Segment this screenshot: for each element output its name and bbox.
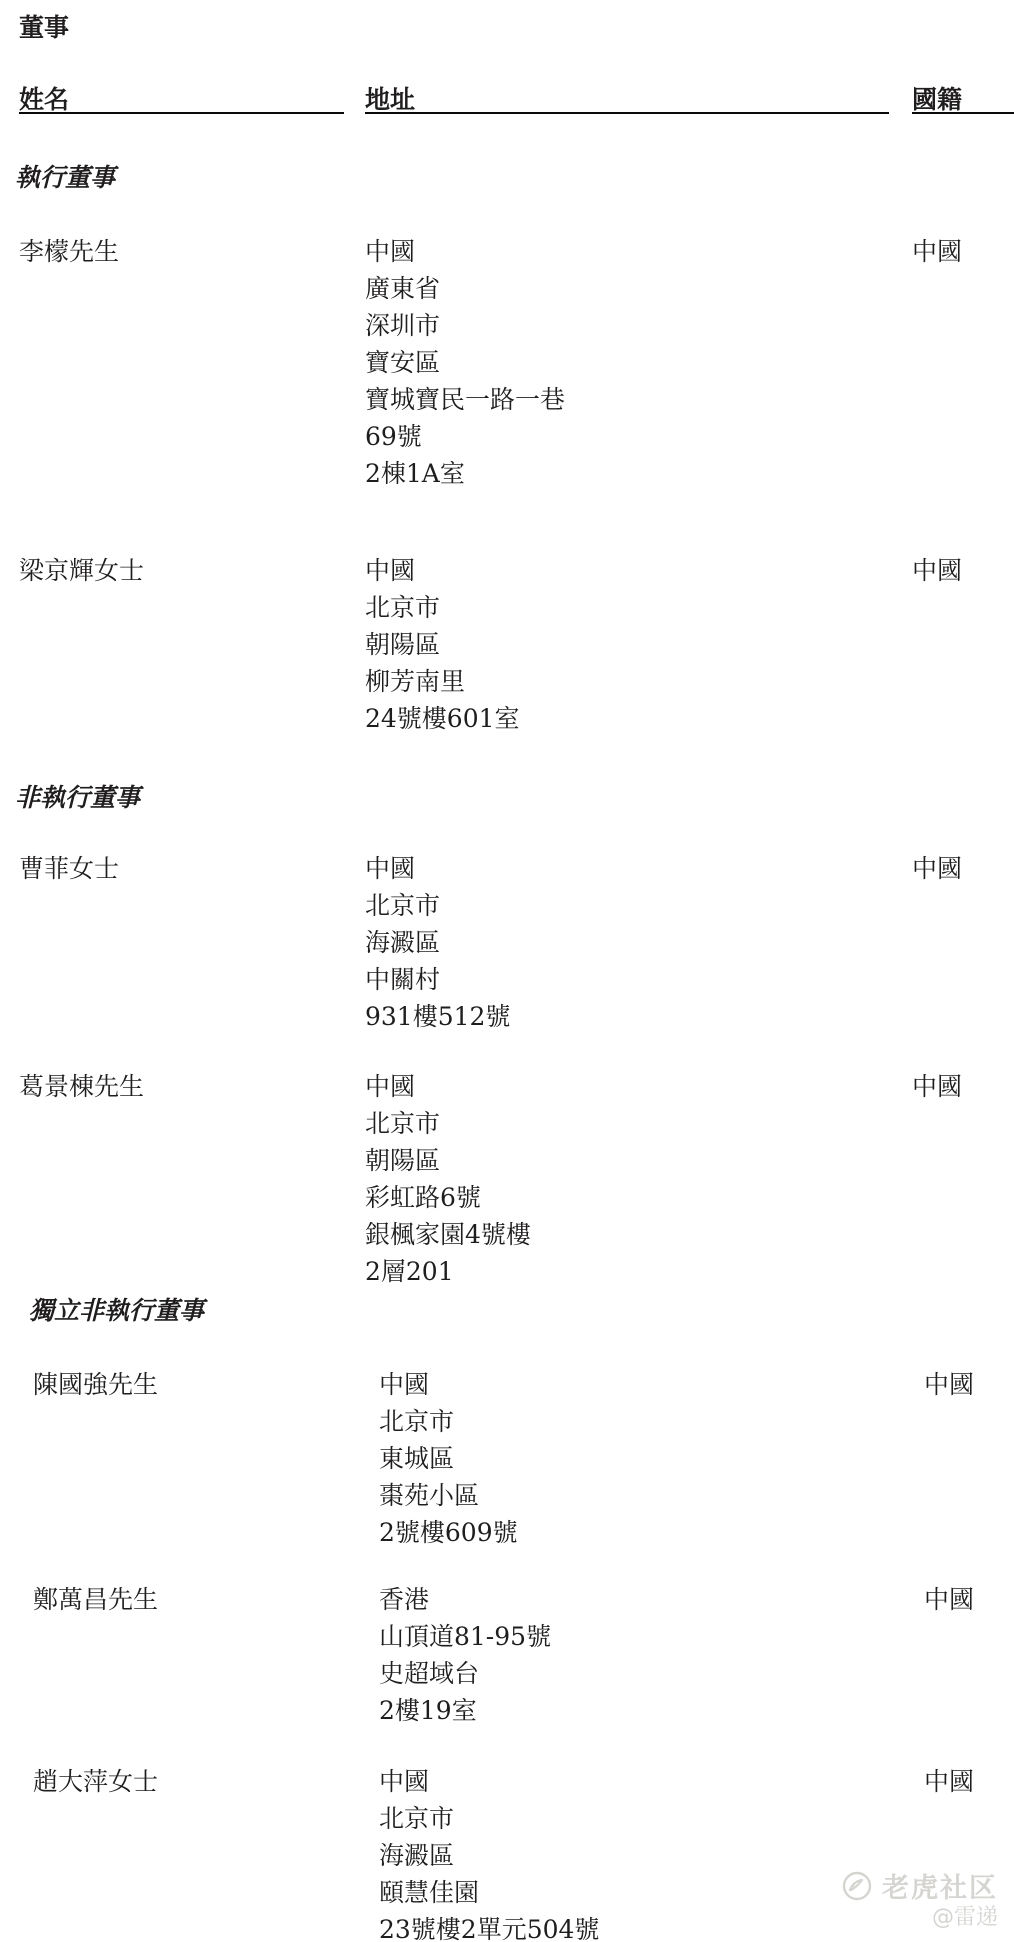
directors-document-page: 董事 姓名 地址 國籍 執行董事 李檬先生 中國 廣東省 深圳市 寶安區 寶城寶… xyxy=(0,0,1014,1942)
director-address: 中國 北京市 東城區 棗苑小區 2號樓609號 xyxy=(379,1366,909,1551)
address-line: 中國 xyxy=(379,1366,909,1403)
director-nationality: 中國 xyxy=(924,1763,1014,1800)
director-address: 中國 北京市 朝陽區 柳芳南里 24號樓601室 xyxy=(365,552,895,737)
director-name: 曹菲女士 xyxy=(19,850,349,887)
director-address: 香港 山頂道81-95號 史超域台 2樓19室 xyxy=(379,1581,909,1729)
director-name: 陳國強先生 xyxy=(33,1366,363,1403)
address-line: 2棟1A室 xyxy=(365,455,895,492)
address-line: 中國 xyxy=(365,850,895,887)
director-nationality: 中國 xyxy=(912,552,1012,589)
column-header-name: 姓名 xyxy=(19,80,344,114)
address-line: 931樓512號 xyxy=(365,998,895,1035)
address-line: 24號樓601室 xyxy=(365,700,895,737)
column-header-address: 地址 xyxy=(365,80,889,114)
address-line: 香港 xyxy=(379,1581,909,1618)
address-line: 廣東省 xyxy=(365,270,895,307)
director-nationality: 中國 xyxy=(924,1366,1014,1403)
watermark-author-label: @雷递 xyxy=(932,1900,998,1931)
address-line: 中關村 xyxy=(365,961,895,998)
address-line: 2樓19室 xyxy=(379,1692,909,1729)
address-line: 東城區 xyxy=(379,1440,909,1477)
director-address: 中國 北京市 海澱區 中關村 931樓512號 xyxy=(365,850,895,1035)
address-line: 北京市 xyxy=(379,1800,909,1837)
section-heading-executive-directors: 執行董事 xyxy=(15,158,115,194)
address-line: 中國 xyxy=(365,552,895,589)
address-line: 海澱區 xyxy=(365,924,895,961)
director-name: 鄭萬昌先生 xyxy=(33,1581,363,1618)
director-nationality: 中國 xyxy=(912,850,1012,887)
column-header-nationality: 國籍 xyxy=(912,80,1014,114)
page-title: 董事 xyxy=(19,8,69,44)
section-heading-non-executive-directors: 非執行董事 xyxy=(15,778,140,814)
director-nationality: 中國 xyxy=(912,1068,1012,1105)
director-address: 中國 廣東省 深圳市 寶安區 寶城寶民一路一巷 69號 2棟1A室 xyxy=(365,233,895,492)
address-line: 柳芳南里 xyxy=(365,663,895,700)
address-line: 中國 xyxy=(365,233,895,270)
address-line: 朝陽區 xyxy=(365,626,895,663)
director-address: 中國 北京市 朝陽區 彩虹路6號 銀楓家園4號樓 2層201 xyxy=(365,1068,895,1290)
address-line: 棗苑小區 xyxy=(379,1477,909,1514)
tiger-logo-icon xyxy=(842,1871,872,1901)
address-line: 深圳市 xyxy=(365,307,895,344)
director-name: 李檬先生 xyxy=(19,233,349,270)
address-line: 中國 xyxy=(379,1763,909,1800)
address-line: 彩虹路6號 xyxy=(365,1179,895,1216)
address-line: 北京市 xyxy=(379,1403,909,1440)
address-line: 寶城寶民一路一巷 xyxy=(365,381,895,418)
address-line: 史超域台 xyxy=(379,1655,909,1692)
address-line: 山頂道81-95號 xyxy=(379,1618,909,1655)
address-line: 北京市 xyxy=(365,589,895,626)
address-line: 銀楓家園4號樓 xyxy=(365,1216,895,1253)
address-line: 朝陽區 xyxy=(365,1142,895,1179)
address-line: 北京市 xyxy=(365,887,895,924)
address-line: 中國 xyxy=(365,1068,895,1105)
director-nationality: 中國 xyxy=(924,1581,1014,1618)
director-nationality: 中國 xyxy=(912,233,1012,270)
director-name: 梁京輝女士 xyxy=(19,552,349,589)
address-line: 2號樓609號 xyxy=(379,1514,909,1551)
address-line: 2層201 xyxy=(365,1253,895,1290)
section-heading-independent-non-executive-directors: 獨立非執行董事 xyxy=(29,1291,204,1327)
address-line: 寶安區 xyxy=(365,344,895,381)
watermark: 老虎社区 @雷递 xyxy=(798,1866,998,1928)
director-name: 趙大萍女士 xyxy=(33,1763,363,1800)
address-line: 69號 xyxy=(365,418,895,455)
address-line: 北京市 xyxy=(365,1105,895,1142)
director-name: 葛景棟先生 xyxy=(19,1068,349,1105)
